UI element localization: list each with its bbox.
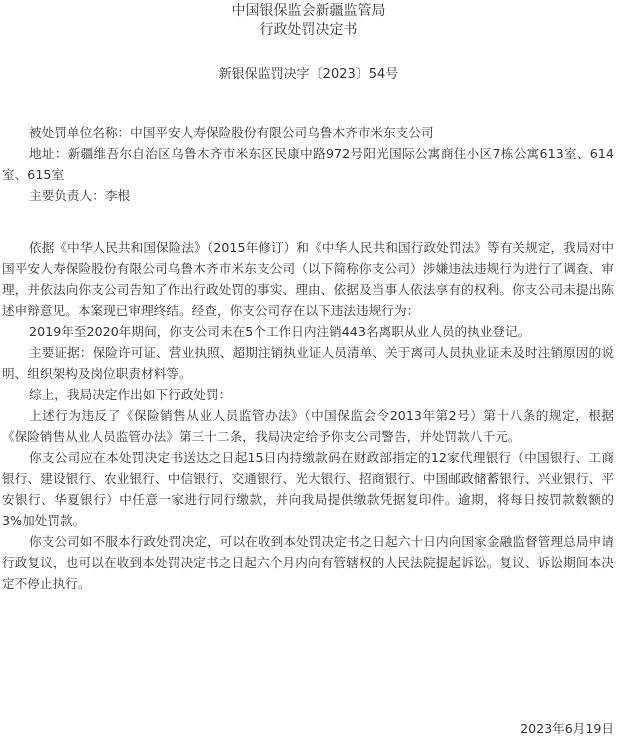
entity-address: 地址：新疆维吾尔自治区乌鲁木齐市米东区民康中路972号阳光国际公寓商住小区7栋公…: [2, 143, 614, 185]
issuing-authority-title: 中国银保监会新疆监管局: [0, 2, 617, 21]
paragraph-evidence: 主要证据：保险许可证、营业执照、超期注销执业证人员清单、关于离司人员执业证未及时…: [2, 342, 614, 384]
principal-person: 主要负责人：李根: [2, 185, 614, 206]
paragraph-penalty: 上述行为违反了《保险销售从业人员监管办法》（中国保监会令2013年第2号）第十八…: [2, 405, 614, 447]
paragraph-violation-facts: 2019年至2020年期间，你支公司未在5个工作日内注销443名离职从业人员的执…: [2, 321, 614, 342]
decision-body: 依据《中华人民共和国保险法》（2015年修订）和《中华人民共和国行政处罚法》等有…: [2, 237, 614, 594]
penalized-entity-name: 被处罚单位名称：中国平安人寿保险股份有限公司乌鲁木齐市米东支公司: [2, 122, 614, 143]
decision-date: 2023年6月19日: [520, 719, 614, 738]
paragraph-appeal-rights: 你支公司如不服本行政处罚决定，可以在收到本处罚决定书之日起六十日内向国家金融监督…: [2, 531, 614, 594]
document-number: 新银保监罚决字〔2023〕54号: [0, 65, 617, 84]
party-info-section: 被处罚单位名称：中国平安人寿保险股份有限公司乌鲁木齐市米东支公司 地址：新疆维吾…: [2, 122, 614, 206]
paragraph-decision-intro: 综上，我局决定作出如下行政处罚：: [2, 384, 614, 405]
paragraph-basis: 依据《中华人民共和国保险法》（2015年修订）和《中华人民共和国行政处罚法》等有…: [2, 237, 614, 321]
document-type-title: 行政处罚决定书: [0, 21, 617, 40]
paragraph-payment-instructions: 你支公司应在本处罚决定书送达之日起15日内持缴款码在财政部指定的12家代理银行（…: [2, 447, 614, 531]
